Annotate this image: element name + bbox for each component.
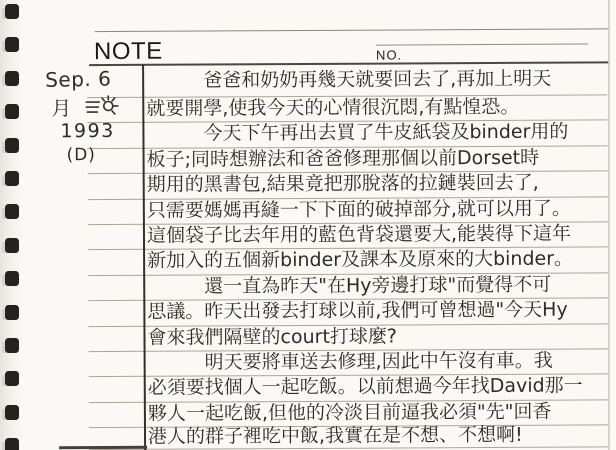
entry-line: 爸爸和奶奶再幾天就要回去了,再加上明天 [146, 62, 616, 97]
date-column: Sep. 6 月 1993 (D) [0, 0, 615, 2]
entry-line: 板子;同時想辦法和爸爸修理那個以前Dorset時 [147, 145, 608, 173]
entry-date: Sep. 6 [45, 66, 112, 91]
entry-line: 這個袋子比去年用的藍色背袋還要大,能裝得下這年 [147, 221, 608, 249]
no-field-line [376, 43, 588, 45]
diary-entry: 爸爸和奶奶再幾天就要回去了,再加上明天就要開學,使我今天的心情很沉悶,有點惶恐。… [0, 0, 615, 2]
note-header-label: NOTE [94, 38, 163, 66]
entry-line: 只需要媽媽再縫一下下面的破掉部分,就可以用了。 [147, 196, 608, 224]
entry-line: 明天要將車送去修理,因此中午沒有車。我 [148, 348, 616, 376]
no-header-label: NO. [376, 47, 402, 62]
entry-line: 思議。昨天出發去打球以前,我們可曾想過"今天Hy [147, 298, 608, 326]
entry-line: 會來我們隔壁的court打球麼? [147, 323, 608, 351]
entry-line: 就要開學,使我今天的心情很沉悶,有點惶恐。 [146, 94, 607, 122]
page-right-edge [608, 0, 610, 450]
entry-line: 新加入的五個新binder及課本及原來的大binder。 [147, 247, 608, 275]
entry-line: 必須要找個人一起吃飯。以前想過今年找David那一 [148, 374, 609, 402]
entry-line: 夥人一起吃飯,但他的冷淡目前逼我必須"先"回香 [148, 399, 609, 427]
page-content: NOTE NO. Sep. 6 月 [0, 0, 616, 450]
sun-icon [83, 93, 121, 119]
bottom-edge-line [59, 446, 147, 449]
entry-line: 期用的黑書包,結果竟把那脫落的拉鏈裝回去了, [147, 171, 608, 199]
entry-line: 今天下午再出去買了牛皮紙袋及binder用的 [146, 119, 616, 147]
entry-mark: (D) [67, 145, 96, 165]
entry-line: 還一直為昨天"在Hy旁邊打球"而覺得不可 [147, 272, 616, 300]
ruled-lines [0, 0, 615, 2]
notebook-page: NOTE NO. Sep. 6 月 [0, 0, 616, 450]
entry-year: 1993 [60, 120, 114, 142]
top-rule [95, 28, 609, 32]
entry-line: 港人的群子裡吃中飯,我實在是不想、不想啊! [148, 425, 609, 449]
weekday-label: 月 [51, 92, 71, 121]
